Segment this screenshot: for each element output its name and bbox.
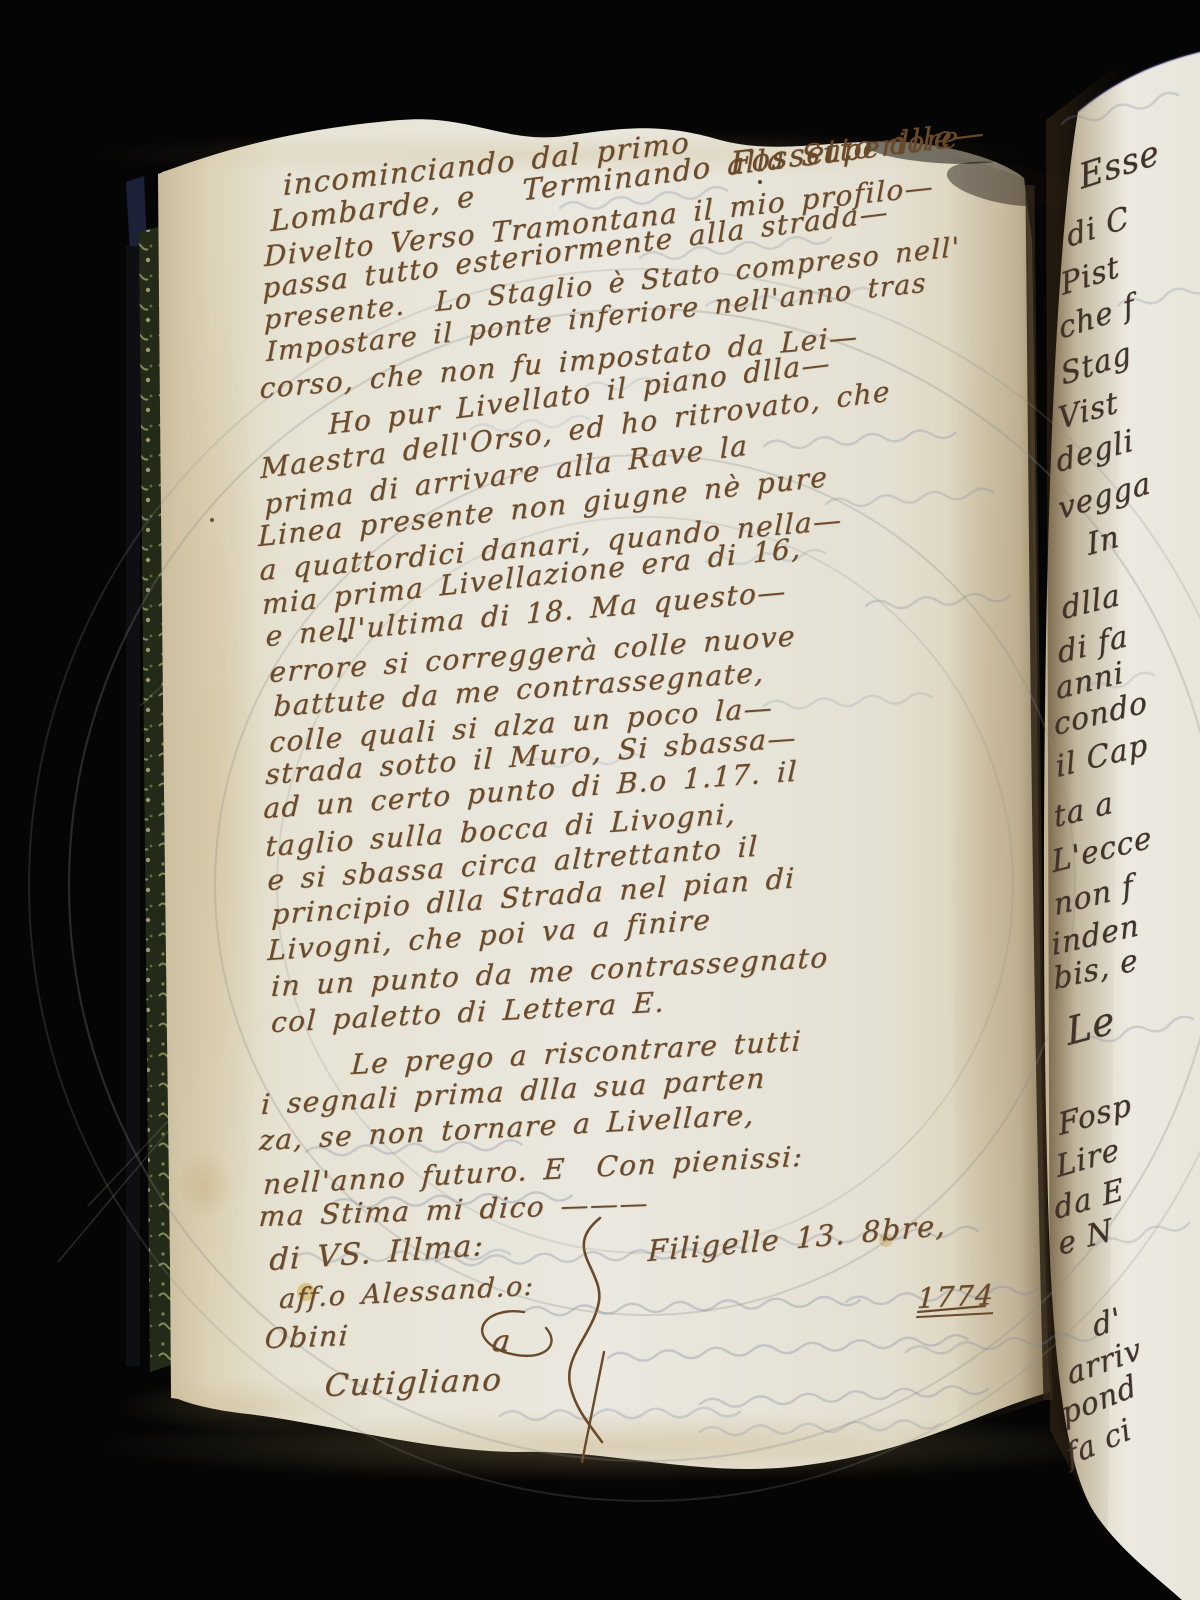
book-artwork xyxy=(0,0,1200,1600)
ink-speck xyxy=(758,180,762,184)
toasted-corner xyxy=(120,1378,380,1434)
ink-speck xyxy=(210,518,214,522)
left-page xyxy=(158,119,1050,1469)
cover-shadow-strip xyxy=(126,246,140,1366)
fox-stain xyxy=(297,1283,315,1301)
manuscript-photo: incominciando dal primoFossetto dlle—Lom… xyxy=(0,0,1200,1600)
fox-stain xyxy=(177,1149,233,1221)
ink-speck xyxy=(343,638,348,643)
